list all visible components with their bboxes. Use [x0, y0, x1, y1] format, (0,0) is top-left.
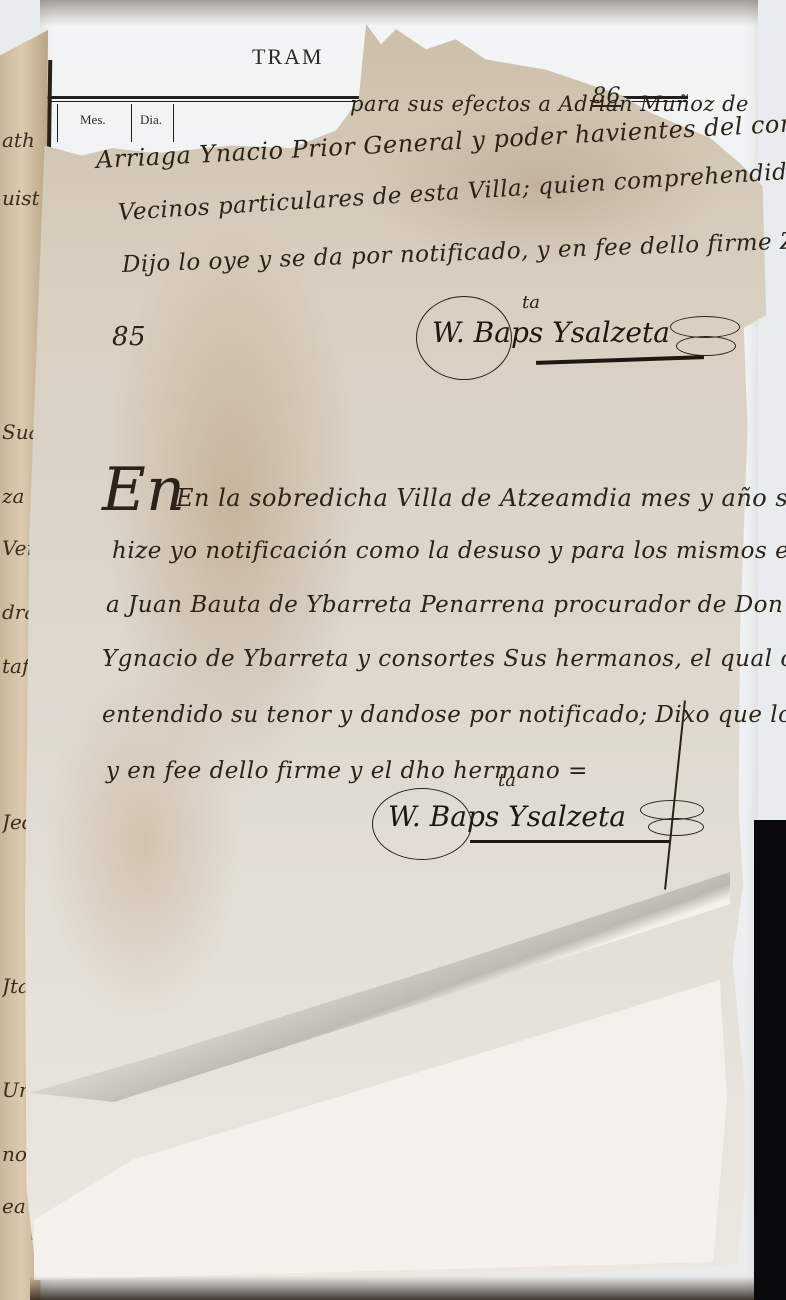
entry-2-line-2: hize yo notificación como la desuso y pa… [112, 538, 786, 564]
entry-2-line-3: a Juan Bauta de Ybarreta Penarrena procu… [106, 592, 783, 618]
signature-2-rubric [648, 818, 704, 836]
bottom-shadow [30, 1276, 758, 1300]
top-shadow [40, 0, 758, 26]
column-day-label: Dia. [140, 112, 162, 128]
signature-2: W. Baps Ysalzeta [388, 800, 626, 833]
entry-1-line-1: para sus efectos a Adrian Muñoz de [350, 92, 749, 116]
entry-2-initial: En [102, 460, 185, 520]
margin-note: 85 [112, 322, 146, 352]
signature-1-rubric [676, 336, 736, 356]
signature-1: W. Baps Ysalzeta [432, 316, 670, 349]
signature-1-prefix: ta [522, 292, 540, 313]
signature-2-prefix: ta [498, 770, 516, 791]
signature-1-rubric [670, 316, 740, 338]
signature-2-underline [470, 840, 670, 843]
manuscript-scan: TRAMCION Mes. Dia. ath uist Sua za Vem d… [0, 0, 786, 1300]
entry-2-line-4: Ygnacio de Ybarreta y consortes Sus herm… [102, 646, 786, 672]
column-month-label: Mes. [80, 112, 106, 128]
scan-background-edge [754, 820, 786, 1300]
left-fragment: uist [2, 186, 40, 210]
left-fragment: ath [2, 128, 40, 152]
entry-2-line-1: En la sobredicha Villa de Atzeamdia mes … [176, 484, 786, 512]
printed-title-left: TRAM [252, 44, 324, 69]
